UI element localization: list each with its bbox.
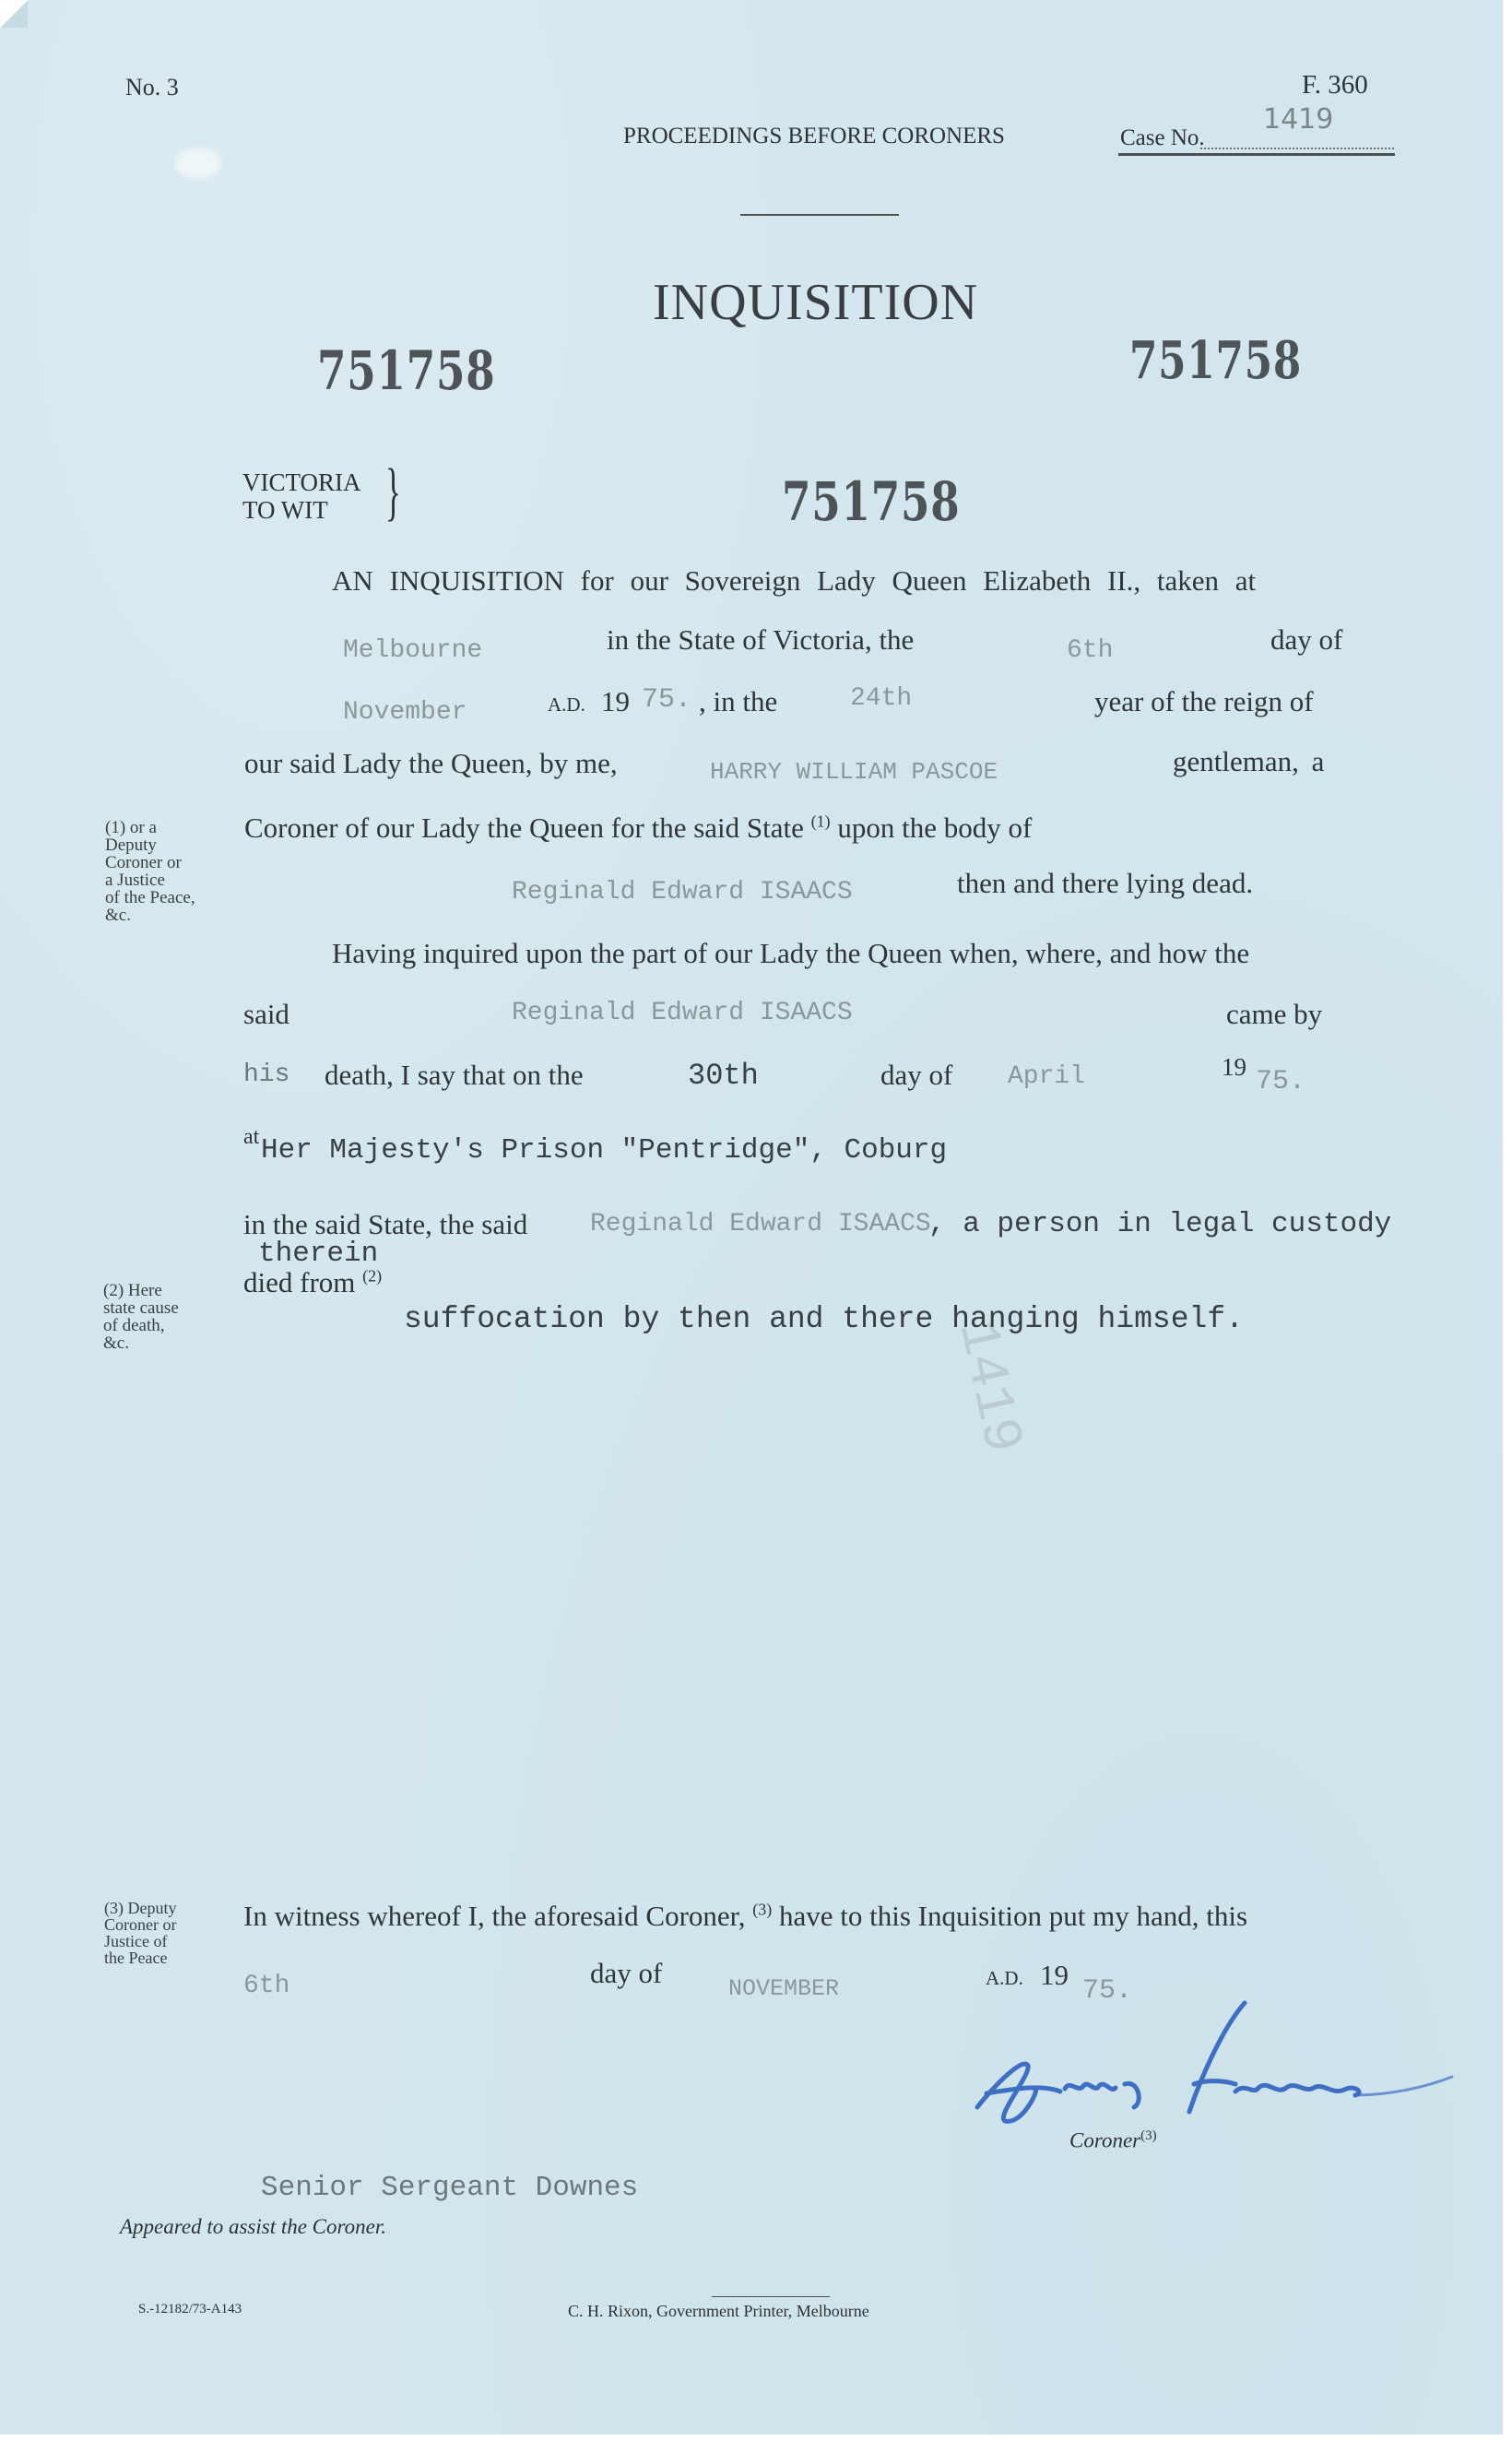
serial-stamp-right: 751758 xyxy=(1129,330,1302,391)
death-place: Her Majesty's Prison "Pentridge", Coburg xyxy=(261,1134,947,1167)
at-label: at xyxy=(243,1125,259,1150)
day-of-text: day of xyxy=(1270,623,1342,657)
gentleman-text: gentleman, a xyxy=(1173,745,1324,778)
footnote-3-marker: (3) xyxy=(752,1901,772,1919)
signing-century: 19 xyxy=(1040,1959,1069,1992)
died-from-line: died from (2) xyxy=(243,1266,382,1299)
proceedings-title: PROCEEDINGS BEFORE CORONERS xyxy=(623,124,1005,149)
jurisdiction-line-1: VICTORIA xyxy=(242,468,361,497)
serial-stamp-center: 751758 xyxy=(782,470,961,533)
lying-dead-text: then and there lying dead. xyxy=(957,867,1253,900)
margin-note-1: (1) or a Deputy Coroner or a Justice of … xyxy=(105,819,195,924)
coroner-of-text: Coroner of our Lady the Queen for the sa… xyxy=(244,812,1032,845)
footnote-2-marker: (2) xyxy=(362,1267,382,1286)
signing-ad-label: A.D. xyxy=(986,1967,1023,1990)
deceased-name-2: Reginald Edward ISAACS xyxy=(512,999,853,1027)
role-footnote-marker: (3) xyxy=(1140,2128,1157,2143)
document-page: 1419 No. 3 F. 360 PROCEEDINGS BEFORE COR… xyxy=(0,0,1503,2435)
death-day-of-text: day of xyxy=(880,1059,952,1092)
folded-corner xyxy=(0,0,28,28)
death-century: 19 xyxy=(1222,1053,1246,1082)
ghost-stamp-bleedthrough: 1419 xyxy=(944,1315,1033,1458)
assistant-caption: Appeared to assist the Coroner. xyxy=(120,2215,386,2239)
jurisdiction-line-2: TO WIT xyxy=(242,496,328,525)
cause-of-death: suffocation by then and there hanging hi… xyxy=(404,1302,1244,1336)
in-state-text: in the said State, the said xyxy=(243,1208,527,1241)
pronoun-his: his xyxy=(243,1061,289,1089)
serial-stamp-left: 751758 xyxy=(317,339,496,402)
upon-body-label: upon the body of xyxy=(837,812,1032,844)
coroner-role-line: Coroner(3) xyxy=(1069,2128,1157,2153)
signing-month: NOVEMBER xyxy=(728,1975,839,2002)
having-inquired-text: Having inquired upon the part of our Lad… xyxy=(332,937,1249,970)
document-title: INQUISITION xyxy=(653,273,978,332)
death-month: April xyxy=(1008,1062,1085,1091)
custody-text: , a person in legal custody xyxy=(928,1208,1391,1240)
by-me-text: our said Lady the Queen, by me, xyxy=(244,747,618,780)
form-number-left: No. 3 xyxy=(125,74,179,101)
died-from-label: died from xyxy=(243,1266,355,1298)
in-the-text: , in the xyxy=(699,685,777,718)
signing-day-of-text: day of xyxy=(590,1957,662,1990)
inquest-month: November xyxy=(343,698,467,727)
margin-note-2: (2) Here state cause of death, &c. xyxy=(103,1282,179,1352)
printer-credit: C. H. Rixon, Government Printer, Melbour… xyxy=(568,2302,869,2321)
deceased-name-3: Reginald Edward ISAACS xyxy=(590,1210,931,1238)
assistant-name: Senior Sergeant Downes xyxy=(261,2172,638,2204)
margin-note-3: (3) Deputy Coroner or Justice of the Pea… xyxy=(104,1900,176,1966)
witness-text-cont: have to this Inquisition put my hand, th… xyxy=(779,1900,1247,1932)
coroner-role-label: Coroner xyxy=(1069,2129,1140,2152)
case-number-dotted-line xyxy=(1200,148,1394,149)
said-label: said xyxy=(243,998,289,1031)
print-code: S.-12182/73-A143 xyxy=(138,2302,242,2317)
jurisdiction-brace: } xyxy=(385,456,401,529)
century: 19 xyxy=(601,685,630,718)
inquest-year: 75. xyxy=(642,684,691,716)
therein-text: therein xyxy=(258,1238,378,1270)
form-code-right: F. 360 xyxy=(1302,70,1368,101)
paper-blemish xyxy=(175,148,221,179)
deceased-name: Reginald Edward ISAACS xyxy=(512,878,853,906)
signing-day: 6th xyxy=(243,1972,289,2000)
case-underline xyxy=(1118,153,1395,156)
death-year: 75. xyxy=(1256,1066,1305,1097)
reign-year: 24th xyxy=(850,684,912,713)
witness-line: In witness whereof I, the aforesaid Coro… xyxy=(243,1900,1247,1933)
header-divider xyxy=(740,214,899,216)
witness-text: In witness whereof I, the aforesaid Coro… xyxy=(243,1900,746,1932)
case-number: 1419 xyxy=(1263,103,1333,136)
coroner-of-label: Coroner of our Lady the Queen for the sa… xyxy=(244,812,804,844)
reign-text: year of the reign of xyxy=(1094,685,1314,718)
footer-divider xyxy=(712,2296,830,2297)
state-text: in the State of Victoria, the xyxy=(607,623,914,657)
ad-label: A.D. xyxy=(548,693,585,717)
came-by-text: came by xyxy=(1226,998,1322,1031)
death-day: 30th xyxy=(688,1059,759,1093)
footnote-1-marker: (1) xyxy=(811,812,831,831)
coroner-name: HARRY WILLIAM PASCOE xyxy=(710,758,998,786)
inquest-day: 6th xyxy=(1067,636,1113,665)
death-text: death, I say that on the xyxy=(325,1059,584,1092)
coroner-signature xyxy=(959,1992,1457,2139)
inquest-place: Melbourne xyxy=(343,636,482,665)
case-label: Case No. xyxy=(1120,125,1205,151)
opening-statement: AN INQUISITION for our Sovereign Lady Qu… xyxy=(332,564,1256,598)
